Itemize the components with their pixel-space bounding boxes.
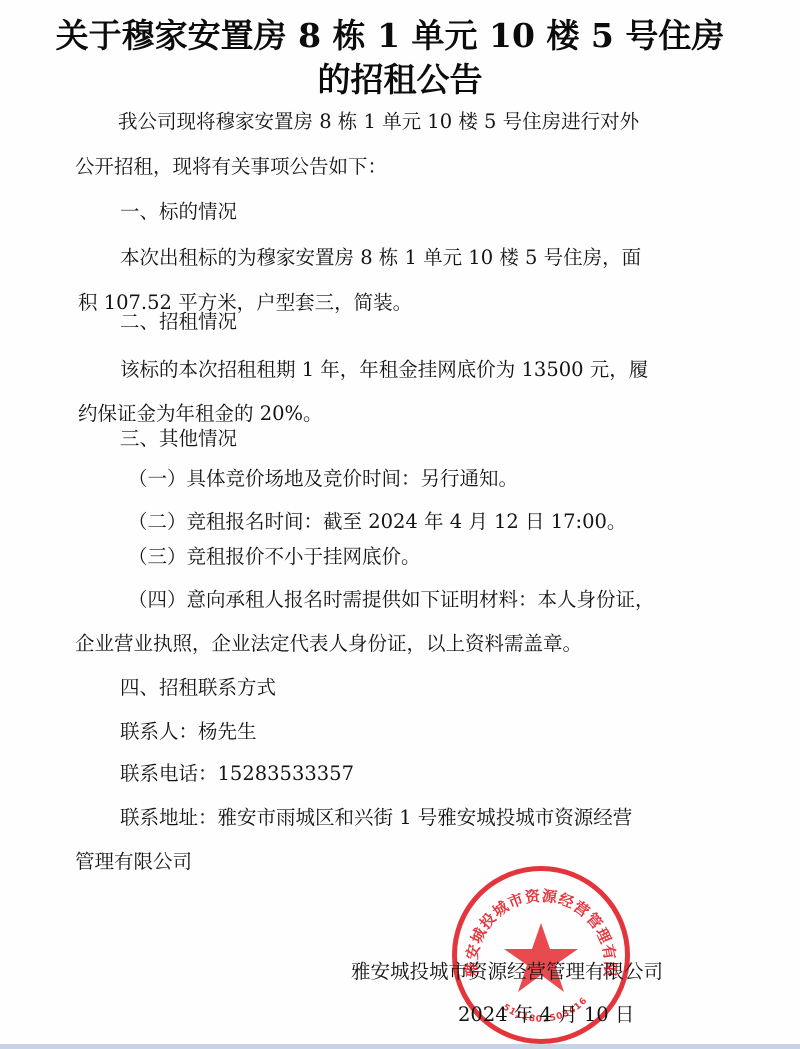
contact-person: 联系人：杨先生	[120, 720, 257, 744]
section-heading-3: 三、其他情况	[120, 427, 237, 451]
section-3-item-3: （三）竞租报价不小于挂网底价。	[128, 545, 421, 569]
section-3-item-4-line-1: （四）意向承租人报名时需提供如下证明材料：本人身份证，	[128, 588, 655, 612]
contact-address-line-2: 管理有限公司	[75, 850, 192, 874]
section-heading-2: 二、招租情况	[120, 310, 237, 334]
section-3-item-4-line-2: 企业营业执照，企业法定代表人身份证，以上资料需盖章。	[75, 632, 582, 656]
signature-company: 雅安城投城市资源经营管理有限公司	[351, 960, 663, 984]
section-1-line-1: 本次出租标的为穆家安置房 8 栋 1 单元 10 楼 5 号住房，面	[120, 246, 641, 270]
page-bottom-edge	[0, 1044, 800, 1049]
section-heading-1: 一、标的情况	[120, 200, 237, 224]
contact-phone: 联系电话：15283533357	[120, 762, 354, 786]
intro-paragraph-line-1: 我公司现将穆家安置房 8 栋 1 单元 10 楼 5 号住房进行对外	[118, 110, 639, 134]
intro-paragraph-line-2: 公开招租，现将有关事项公告如下：	[75, 155, 387, 179]
signature-date: 2024 年 4 月 10 日	[458, 1003, 634, 1027]
section-heading-4: 四、招租联系方式	[120, 676, 276, 700]
section-3-item-2: （二）竞租报名时间：截至 2024 年 4 月 12 日 17:00。	[128, 510, 626, 534]
contact-address-line-1: 联系地址：雅安市雨城区和兴街 1 号雅安城投城市资源经营	[120, 806, 632, 830]
section-3-item-1: （一）具体竞价场地及竞价时间：另行通知。	[128, 467, 518, 491]
document-title-line-2: 的招租公告	[0, 60, 800, 100]
section-2-line-1: 该标的本次招租租期 1 年，年租金挂网底价为 13500 元，履	[120, 358, 648, 382]
document-page: 关于穆家安置房 8 栋 1 单元 10 楼 5 号住房 的招租公告 我公司现将穆…	[0, 0, 800, 1049]
document-title-line-1: 关于穆家安置房 8 栋 1 单元 10 楼 5 号住房	[0, 16, 790, 56]
section-2-line-2: 约保证金为年租金的 20%。	[78, 402, 323, 426]
